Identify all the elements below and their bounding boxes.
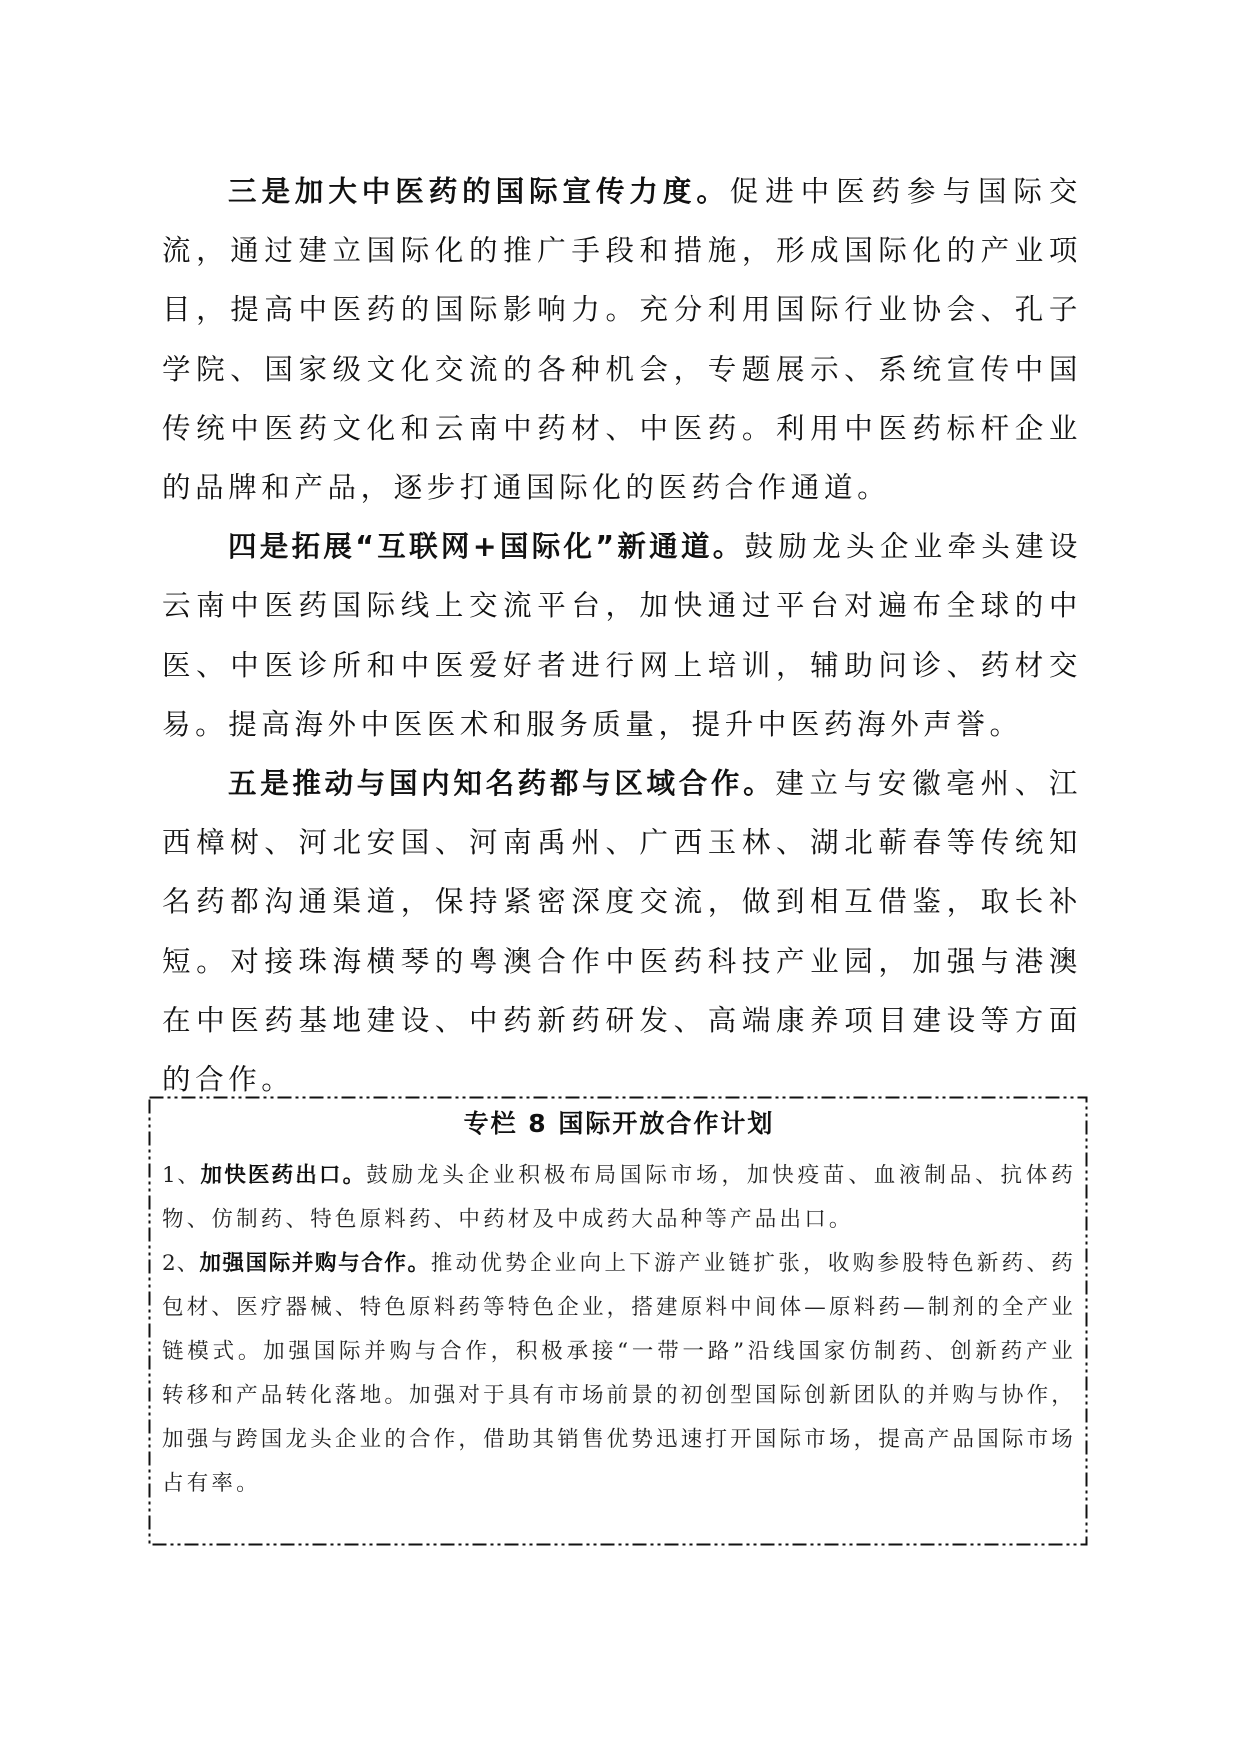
list-item: 2、加强国际并购与合作。推动优势企业向上下游产业链扩张，收购参股特色新药、药包材…	[162, 1242, 1076, 1506]
paragraph-international-promotion: 三是加大中医药的国际宣传力度。促进中医药参与国际交流，通过建立国际化的推广手段和…	[162, 162, 1082, 517]
paragraph-lead: 五是推动与国内知名药都与区域合作。	[228, 767, 775, 800]
paragraph-lead: 四是拓展“互联网+国际化”新通道。	[228, 530, 745, 563]
special-column-box: 专栏 8 国际开放合作计划 1、加快医药出口。鼓励龙头企业积极布局国际市场，加快…	[148, 1096, 1088, 1546]
paragraph-body: 促进中医药参与国际交流，通过建立国际化的推广手段和措施，形成国际化的产业项目，提…	[162, 175, 1082, 504]
item-number: 2、	[162, 1251, 199, 1276]
document-page: 三是加大中医药的国际宣传力度。促进中医药参与国际交流，通过建立国际化的推广手段和…	[0, 0, 1240, 1754]
item-lead: 加快医药出口。	[201, 1163, 367, 1188]
paragraph-internet-channel: 四是拓展“互联网+国际化”新通道。鼓励龙头企业牵头建设云南中医药国际线上交流平台…	[162, 517, 1082, 754]
list-item: 1、加快医药出口。鼓励龙头企业积极布局国际市场，加快疫苗、血液制品、抗体药物、仿…	[162, 1154, 1076, 1242]
item-body: 推动优势企业向上下游产业链扩张，收购参股特色新药、药包材、医疗器械、特色原料药等…	[162, 1251, 1076, 1496]
body-text: 三是加大中医药的国际宣传力度。促进中医药参与国际交流，通过建立国际化的推广手段和…	[162, 162, 1082, 1109]
paragraph-regional-cooperation: 五是推动与国内知名药都与区域合作。建立与安徽亳州、江西樟树、河北安国、河南禹州、…	[162, 754, 1082, 1109]
paragraph-body: 建立与安徽亳州、江西樟树、河北安国、河南禹州、广西玉林、湖北蕲春等传统知名药都沟…	[162, 767, 1082, 1096]
special-column-content: 专栏 8 国际开放合作计划 1、加快医药出口。鼓励龙头企业积极布局国际市场，加快…	[162, 1104, 1076, 1506]
item-lead: 加强国际并购与合作。	[199, 1251, 430, 1276]
special-column-title: 专栏 8 国际开放合作计划	[162, 1104, 1076, 1144]
paragraph-lead: 三是加大中医药的国际宣传力度。	[228, 175, 730, 208]
special-column-items: 1、加快医药出口。鼓励龙头企业积极布局国际市场，加快疫苗、血液制品、抗体药物、仿…	[162, 1154, 1076, 1506]
item-number: 1、	[162, 1163, 201, 1188]
